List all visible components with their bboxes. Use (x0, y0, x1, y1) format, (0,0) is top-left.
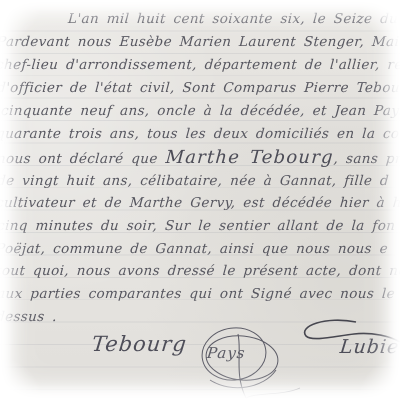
manuscript-line: dessus . (0, 311, 57, 325)
declaration-prefix: nous ont déclaré que (0, 151, 166, 167)
manuscript-line: L'an mil huit cent soixante six, le Seiz… (68, 13, 400, 27)
signature-tebourg: Tebourg (91, 332, 188, 356)
manuscript-line: de vingt huit ans, célibataire, née à Ga… (0, 175, 389, 189)
manuscript-line: cultivateur et de Marthe Gervy, est décé… (0, 197, 400, 211)
declaration-suffix: , sans pro (333, 151, 400, 167)
manuscript-scan: L'an mil huit cent soixante six, le Seiz… (0, 0, 400, 400)
manuscript-line: aux parties comparantes qui ont Signé av… (0, 288, 400, 302)
declaration-line: nous ont déclaré que Marthe Tebourg, san… (0, 149, 400, 167)
manuscript-line: Poëjat, commune de Gannat, ainsi que nou… (0, 243, 388, 257)
manuscript-line: cinquante neuf ans, oncle à la décédée, … (1, 105, 400, 119)
manuscript-line: d'officier de l'état civil, Sont Comparu… (0, 82, 400, 96)
signature-right-partial: Lubier (339, 336, 400, 358)
deceased-name: Marthe Tebourg (165, 147, 335, 168)
signature-pays: Pays (206, 344, 246, 362)
manuscript-line: tout quoi, nous avons dressé le présent … (0, 265, 400, 279)
manuscript-line: quarante trois ans, tous les deux domici… (0, 128, 400, 142)
manuscript-line: Pardevant nous Eusèbe Marien Laurent Ste… (0, 36, 400, 50)
manuscript-line: cinq minutes du soir, Sur le sentier all… (0, 220, 396, 234)
manuscript-line: chef-lieu d'arrondissement, département … (0, 59, 400, 73)
